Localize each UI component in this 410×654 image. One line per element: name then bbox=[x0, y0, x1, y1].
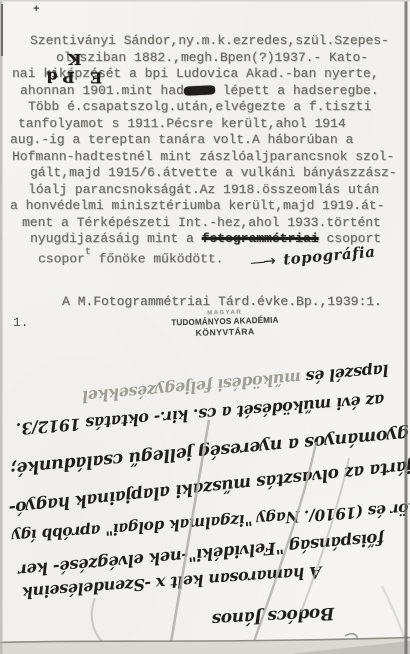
typed-line-13-pre: nyugdijazásáig mint a bbox=[30, 231, 202, 246]
plus-mark: + bbox=[33, 4, 40, 16]
pencil-stroke-4 bbox=[92, 598, 108, 646]
typed-line-7: aug.-ig a tereptan tanára volt.A háborúb… bbox=[10, 132, 353, 148]
typed-line-11: a honvédelmi minisztériumba került,majd … bbox=[10, 198, 384, 214]
margin-number: 1. bbox=[13, 315, 29, 330]
handwritten-signature: Bodócs János bbox=[212, 603, 335, 629]
arrow-icon: —→ bbox=[249, 251, 274, 271]
top-edge bbox=[0, 0, 410, 2]
left-edge bbox=[0, 0, 3, 654]
typed-line-8: Hofmann-hadtestnél mint zászlóaljparancs… bbox=[12, 149, 394, 165]
typed-line-5: Több é.csapatszolg.után,elvégezte a f.ti… bbox=[28, 99, 371, 115]
handwritten-annotation: —→ topográfia bbox=[249, 243, 376, 273]
typed-line-14-post: főnöke működött. bbox=[91, 251, 224, 266]
hw-line-1-ink: lapszél és bbox=[300, 361, 389, 388]
typed-line-12: ment a Térképészeti Int.-hez,ahol 1933.t… bbox=[22, 215, 381, 231]
typed-line-14: csoport főnöke működött. bbox=[38, 248, 223, 267]
bottom-margin bbox=[0, 638, 410, 654]
bottom-right-shadow bbox=[290, 641, 410, 654]
typed-line-9: gált,majd 1915/6.átvette a vulkáni bányá… bbox=[30, 165, 397, 181]
pencil-squiggle bbox=[345, 634, 357, 646]
ink-blot-redaction bbox=[184, 85, 215, 96]
overprint-stamp: E Pd K bbox=[28, 49, 116, 87]
card-bottom-edge bbox=[0, 638, 410, 643]
typed-line-13: nyugdijazásáig mint a fotogrammétriai cs… bbox=[30, 231, 381, 247]
left-edge-dark bbox=[1, 4, 3, 56]
typed-line-4-post: lépett a hadseregbe. bbox=[215, 83, 379, 98]
paper-crease bbox=[382, 586, 407, 646]
inserted-letter: t bbox=[85, 247, 91, 258]
citation-line: A M.Fotogrammétriai Tárd.évke.Bp.,1939:1… bbox=[62, 294, 382, 309]
scanned-card: + Szentiványi Sándor,ny.m.k.ezredes,szül… bbox=[0, 0, 410, 654]
typed-line-1: Szentiványi Sándor,ny.m.k.ezredes,szül.S… bbox=[30, 33, 389, 49]
typed-line-14-pre: csopor bbox=[38, 251, 85, 266]
typed-line-6: tanfolyamot s 1911.Pécsre került,ahol 19… bbox=[18, 116, 346, 132]
library-stamp: MAGYAR TUDOMÁNYOS AKADÉMIA KÖNYVTÁRA bbox=[150, 308, 301, 339]
right-edge bbox=[405, 0, 408, 654]
typed-line-10: lóalj parancsnokságát.Az 1918.összeomlás… bbox=[28, 182, 379, 198]
struck-word: fotogrammétriai bbox=[202, 231, 319, 246]
